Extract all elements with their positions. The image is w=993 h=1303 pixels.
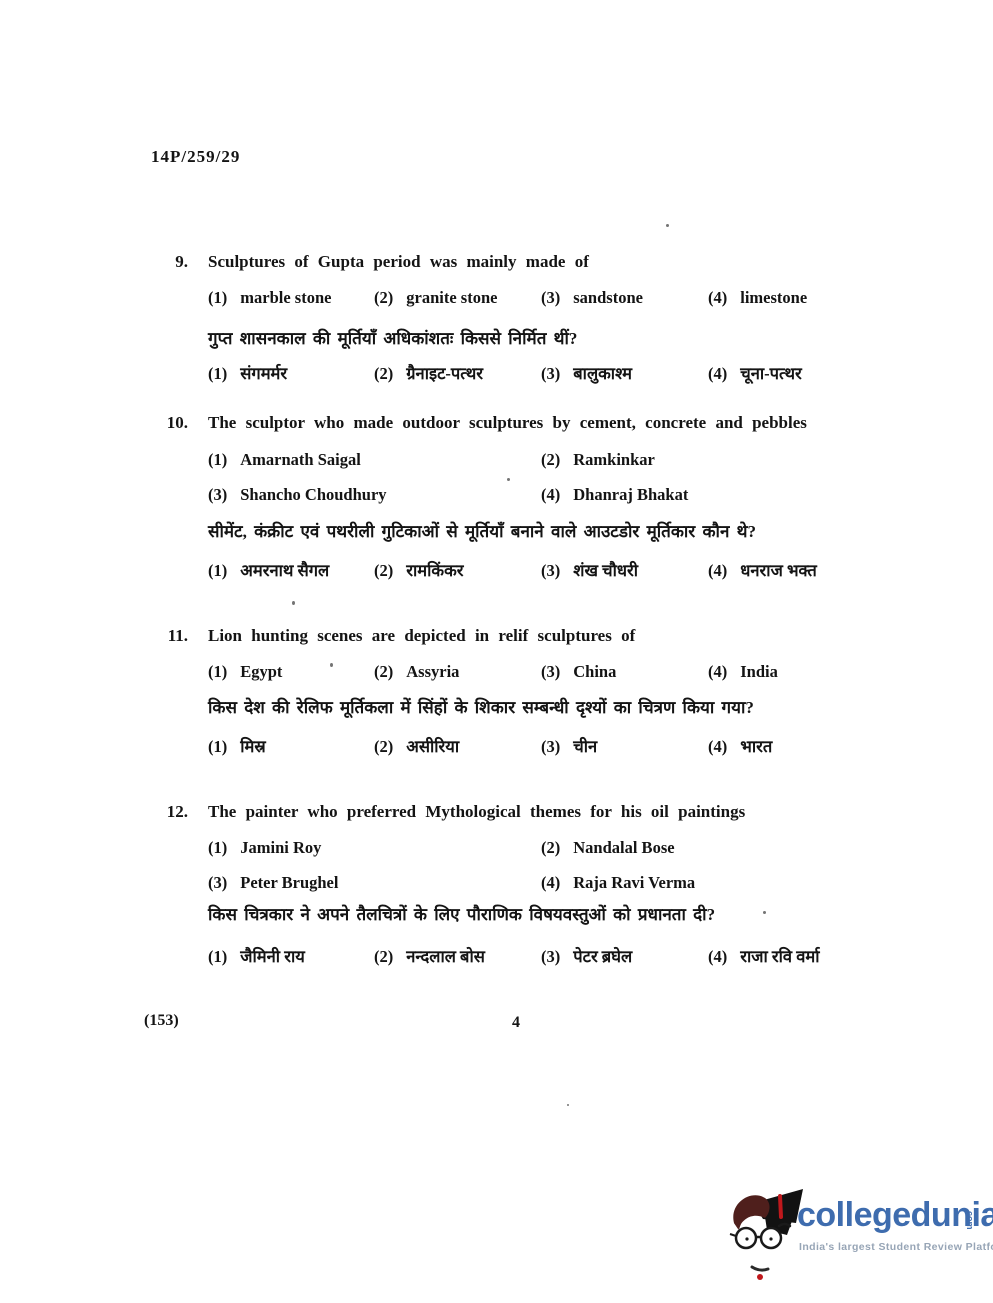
option-text: India: [740, 662, 778, 681]
option-label: (3): [541, 561, 560, 580]
scan-speck: [292, 601, 295, 605]
option-text: नन्दलाल बोस: [406, 947, 485, 966]
option-text: धनराज भक्त: [740, 561, 817, 580]
option-label: (4): [708, 662, 727, 681]
option: (3)पेटर ब्रघेल: [541, 944, 632, 967]
option: (2)Nandalal Bose: [541, 838, 675, 858]
option: (4)राजा रवि वर्मा: [708, 944, 820, 967]
mascot-icon: [725, 1183, 805, 1281]
option: (4)धनराज भक्त: [708, 558, 817, 581]
option-label: (3): [208, 485, 227, 504]
option-label: (3): [541, 364, 560, 383]
option-text: sandstone: [573, 288, 643, 307]
option-label: (2): [374, 288, 393, 307]
option-text: Nandalal Bose: [573, 838, 674, 857]
question-number: 10.: [138, 413, 188, 433]
option-text: limestone: [740, 288, 807, 307]
option: (3)बालुकाश्म: [541, 361, 632, 384]
option-text: Egypt: [240, 662, 282, 681]
question-text-hi: किस देश की रेलिफ मूर्तिकला में सिंहों के…: [208, 695, 754, 718]
option: (1)अमरनाथ सैगल: [208, 558, 329, 581]
option-text: Peter Brughel: [240, 873, 338, 892]
page-number: 4: [512, 1014, 520, 1032]
option-text: चीन: [573, 737, 597, 756]
option: (3)sandstone: [541, 288, 643, 308]
option: (4)limestone: [708, 288, 807, 308]
option-text: Ramkinkar: [573, 450, 655, 469]
option: (3)China: [541, 662, 616, 682]
option-label: (2): [374, 364, 393, 383]
option: (2)granite stone: [374, 288, 497, 308]
option: (4)चूना-पत्थर: [708, 361, 802, 384]
option-label: (3): [208, 873, 227, 892]
option-text: असीरिया: [406, 737, 459, 756]
option-label: (2): [374, 561, 393, 580]
option-text: भारत: [740, 737, 772, 756]
option-label: (3): [541, 737, 560, 756]
logo-tld-text: com: [965, 1211, 975, 1230]
question-text-en: The sculptor who made outdoor sculptures…: [208, 413, 807, 433]
option: (3)चीन: [541, 734, 597, 757]
option-label: (3): [541, 947, 560, 966]
option: (4)भारत: [708, 734, 772, 757]
question-text-hi: किस चित्रकार ने अपने तैलचित्रों के लिए प…: [208, 902, 715, 925]
question-number: 12.: [138, 802, 188, 822]
option-label: (1): [208, 737, 227, 756]
option: (1)मिस्र: [208, 734, 266, 757]
logo-brand-text: collegedunia: [797, 1196, 993, 1235]
option-label: (1): [208, 662, 227, 681]
option: (2)Ramkinkar: [541, 450, 655, 470]
booklet-series: (153): [144, 1012, 179, 1030]
question-number: 11.: [138, 626, 188, 646]
question-text-en: Lion hunting scenes are depicted in reli…: [208, 626, 635, 646]
option: (1)संगमर्मर: [208, 361, 287, 384]
option: (3)शंख चौधरी: [541, 558, 638, 581]
option-label: (1): [208, 288, 227, 307]
option: (2)रामकिंकर: [374, 558, 464, 581]
option-text: Jamini Roy: [240, 838, 321, 857]
exam-paper-page: 14P/259/29 9. Sculptures of Gupta period…: [0, 0, 993, 1303]
option-text: Amarnath Saigal: [240, 450, 361, 469]
option-text: ग्रैनाइट-पत्थर: [406, 364, 483, 383]
option-text: granite stone: [406, 288, 497, 307]
option-label: (1): [208, 561, 227, 580]
option-text: Dhanraj Bhakat: [573, 485, 688, 504]
option-label: (4): [708, 561, 727, 580]
option-label: (4): [708, 364, 727, 383]
option-label: (4): [541, 873, 560, 892]
option: (2)नन्दलाल बोस: [374, 944, 485, 967]
option-label: (1): [208, 450, 227, 469]
scan-speck: [330, 663, 333, 667]
logo-tagline-text: India's largest Student Review Platform: [799, 1241, 993, 1253]
option-text: marble stone: [240, 288, 331, 307]
option-text: रामकिंकर: [406, 561, 463, 580]
option: (4)India: [708, 662, 778, 682]
question-text-hi: गुप्त शासनकाल की मूर्तियाँ अधिकांशतः किस…: [208, 326, 577, 349]
question-text-en: Sculptures of Gupta period was mainly ma…: [208, 252, 589, 272]
question-text-hi: सीमेंट, कंक्रीट एवं पथरीली गुटिकाओं से म…: [208, 519, 756, 542]
option: (4)Dhanraj Bhakat: [541, 485, 688, 505]
option: (1)जैमिनी राय: [208, 944, 305, 967]
option: (1)Amarnath Saigal: [208, 450, 361, 470]
scan-speck: [567, 1104, 569, 1106]
option-text: बालुकाश्म: [573, 364, 632, 383]
option-text: अमरनाथ सैगल: [240, 561, 329, 580]
scan-speck: [763, 911, 766, 914]
option-label: (2): [374, 662, 393, 681]
question-number: 9.: [138, 252, 188, 272]
option: (4)Raja Ravi Verma: [541, 873, 695, 893]
option-label: (2): [541, 838, 560, 857]
option-label: (4): [708, 737, 727, 756]
option-label: (2): [541, 450, 560, 469]
option-text: शंख चौधरी: [573, 561, 638, 580]
option: (2)Assyria: [374, 662, 459, 682]
option: (2)असीरिया: [374, 734, 459, 757]
option-text: Shancho Choudhury: [240, 485, 386, 504]
option-text: चूना-पत्थर: [740, 364, 802, 383]
scan-speck: [666, 224, 669, 227]
collegedunia-logo: collegedunia com India's largest Student…: [725, 1183, 993, 1283]
option-label: (1): [208, 947, 227, 966]
option-text: संगमर्मर: [240, 364, 287, 383]
option: (1)Egypt: [208, 662, 282, 682]
option: (1)Jamini Roy: [208, 838, 321, 858]
option-label: (2): [374, 737, 393, 756]
option: (3)Peter Brughel: [208, 873, 338, 893]
option: (1)marble stone: [208, 288, 331, 308]
question-text-en: The painter who preferred Mythological t…: [208, 802, 745, 822]
option-label: (4): [541, 485, 560, 504]
option-label: (4): [708, 288, 727, 307]
option-label: (1): [208, 364, 227, 383]
option-text: Raja Ravi Verma: [573, 873, 695, 892]
option-label: (2): [374, 947, 393, 966]
option-label: (1): [208, 838, 227, 857]
paper-code: 14P/259/29: [151, 147, 240, 167]
option: (2)ग्रैनाइट-पत्थर: [374, 361, 483, 384]
option: (3)Shancho Choudhury: [208, 485, 387, 505]
option-text: राजा रवि वर्मा: [740, 947, 819, 966]
option-text: China: [573, 662, 616, 681]
option-label: (4): [708, 947, 727, 966]
option-label: (3): [541, 662, 560, 681]
option-text: मिस्र: [240, 737, 265, 756]
option-label: (3): [541, 288, 560, 307]
option-text: जैमिनी राय: [240, 947, 305, 966]
scan-speck: [507, 478, 510, 481]
option-text: पेटर ब्रघेल: [573, 947, 632, 966]
option-text: Assyria: [406, 662, 459, 681]
